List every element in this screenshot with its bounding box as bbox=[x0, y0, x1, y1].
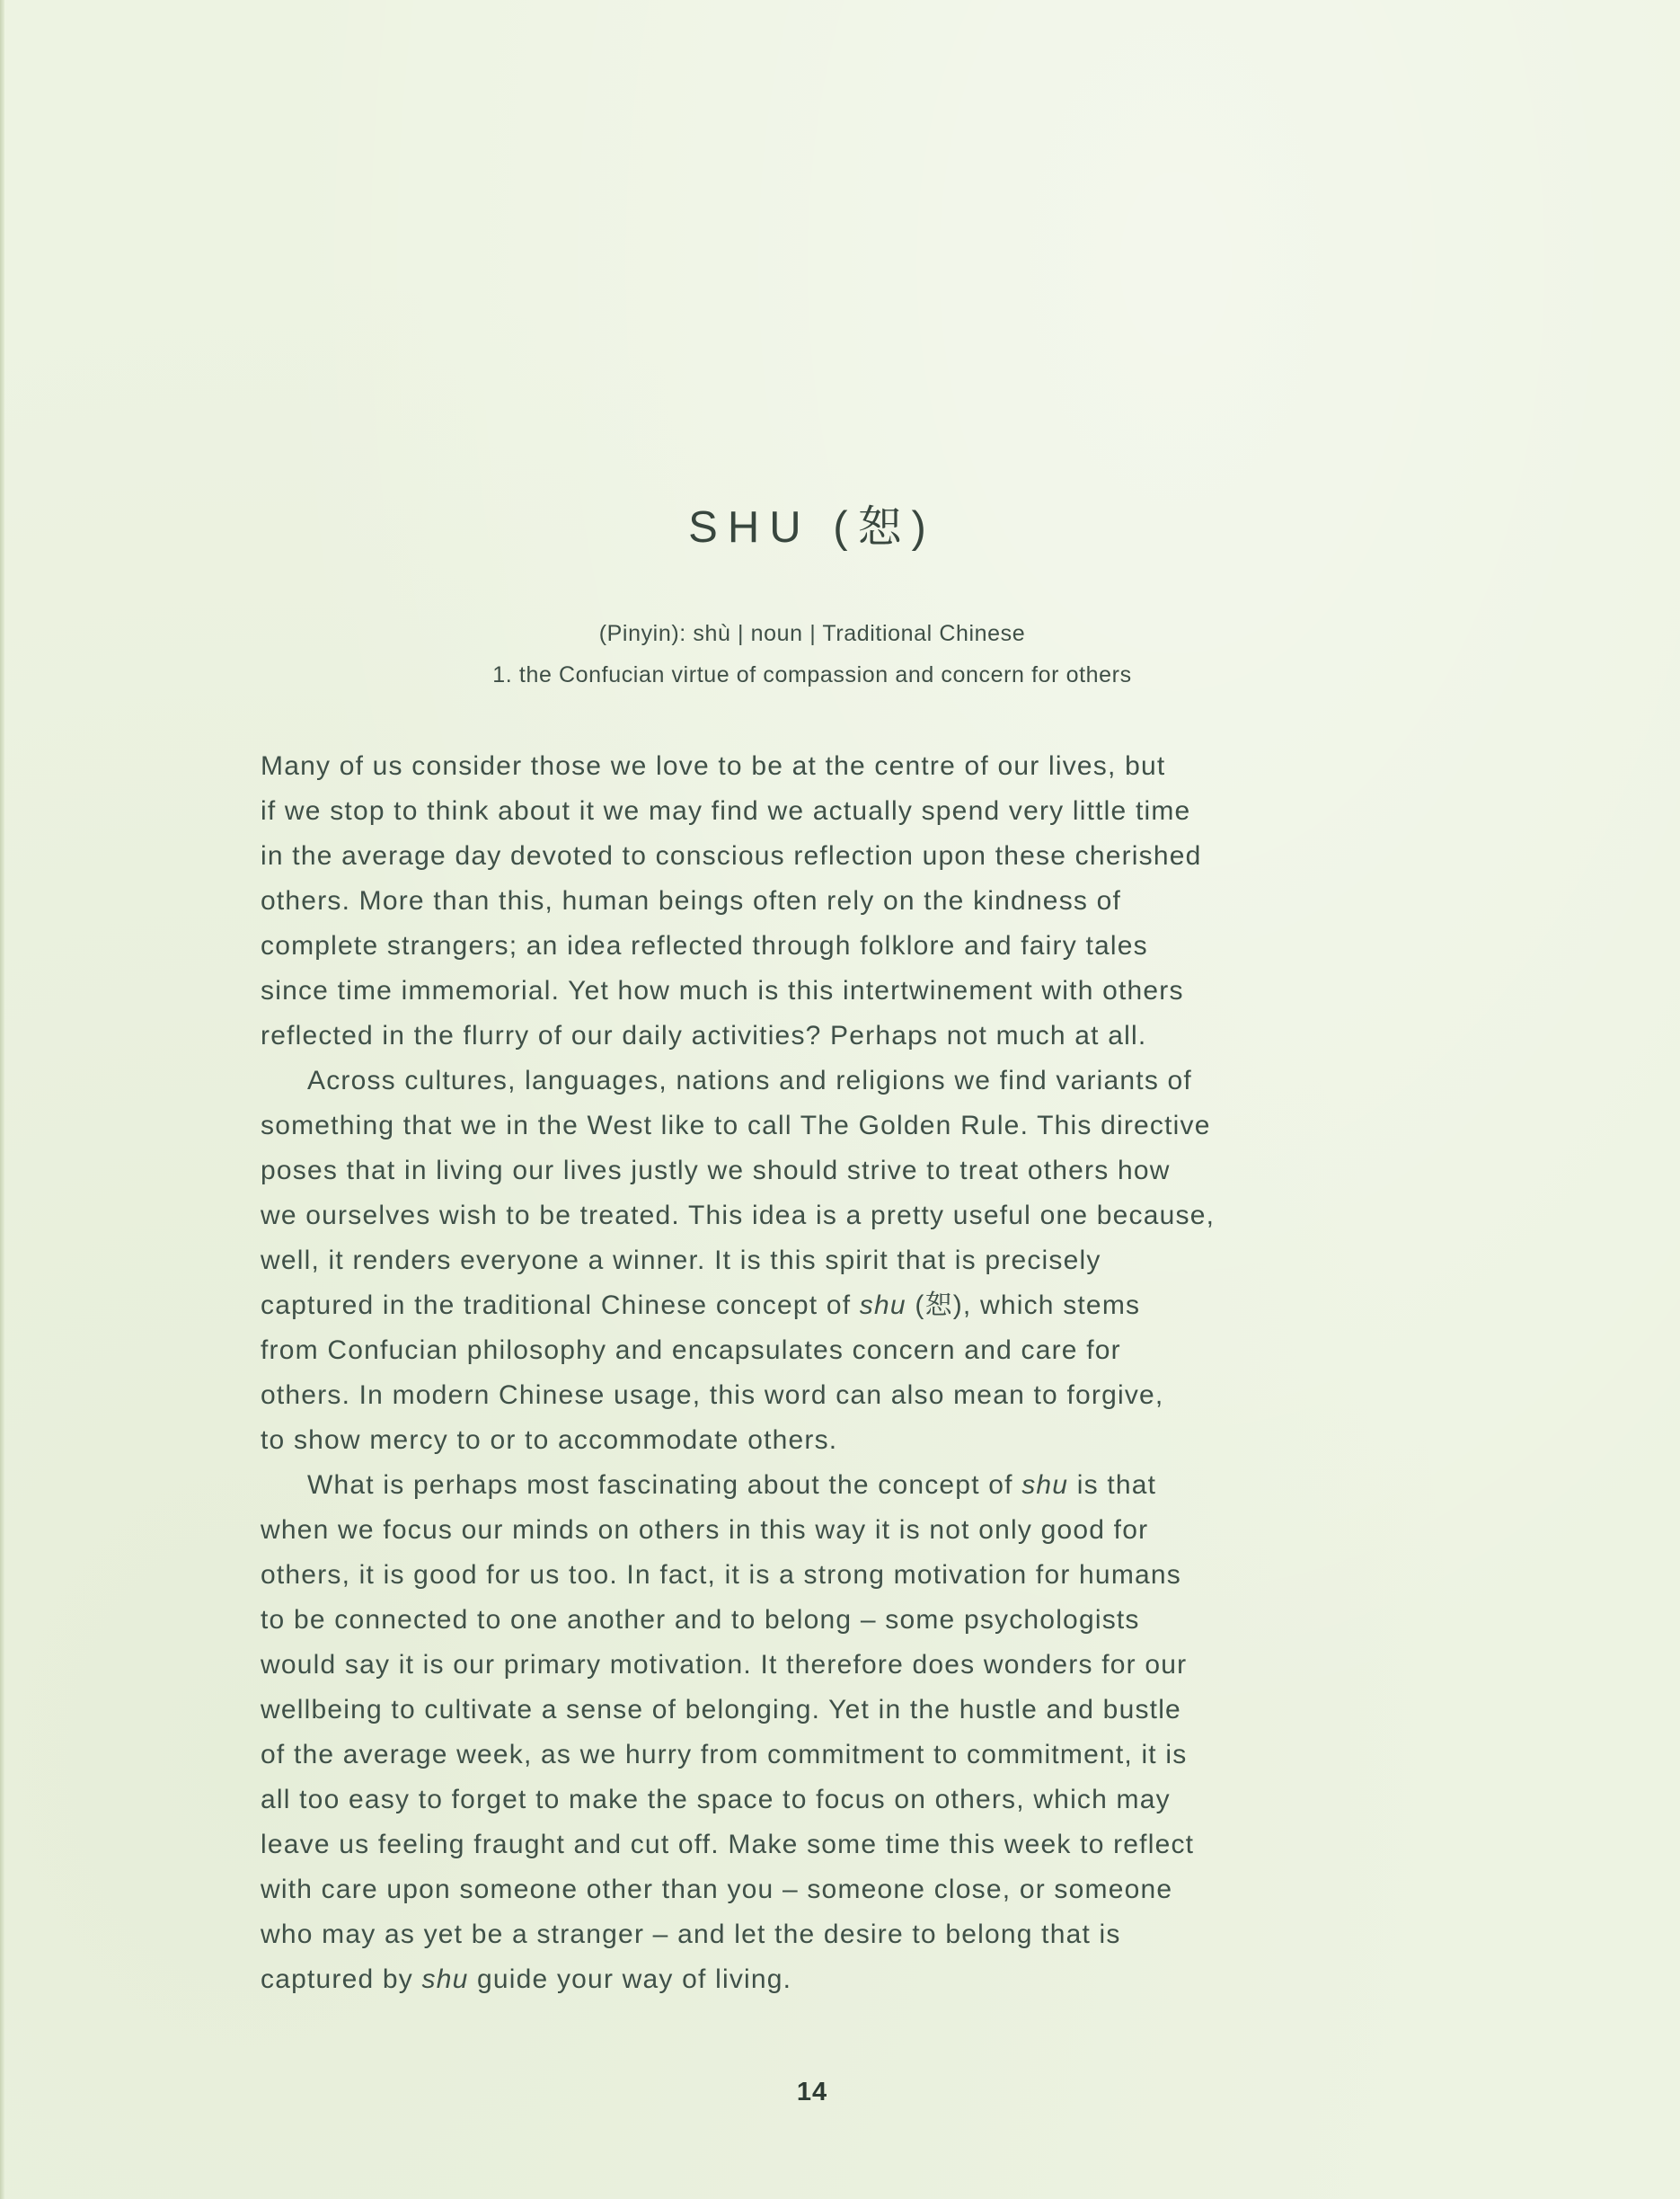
text-run: in the average day devoted to conscious … bbox=[261, 841, 1202, 871]
text-run: who may as yet be a stranger – and let t… bbox=[261, 1920, 1121, 1949]
text-run: leave us feeling fraught and cut off. Ma… bbox=[261, 1830, 1194, 1859]
text-line: others. In modern Chinese usage, this wo… bbox=[261, 1373, 1384, 1418]
text-line: something that we in the West like to ca… bbox=[261, 1104, 1384, 1148]
text-line: of the average week, as we hurry from co… bbox=[261, 1733, 1384, 1778]
text-run: since time immemorial. Yet how much is t… bbox=[261, 976, 1184, 1006]
text-line: What is perhaps most fascinating about t… bbox=[261, 1463, 1384, 1508]
text-run: is that bbox=[1068, 1470, 1156, 1500]
text-line: all too easy to forget to make the space… bbox=[261, 1778, 1384, 1822]
text-line: poses that in living our lives justly we… bbox=[261, 1148, 1384, 1193]
text-line: to show mercy to or to accommodate other… bbox=[261, 1418, 1384, 1463]
paragraph: What is perhaps most fascinating about t… bbox=[261, 1463, 1384, 2002]
text-run: What is perhaps most fascinating about t… bbox=[307, 1470, 1021, 1500]
text-line: Across cultures, languages, nations and … bbox=[261, 1059, 1384, 1104]
paragraph: Many of us consider those we love to be … bbox=[261, 744, 1384, 1059]
text-line: in the average day devoted to conscious … bbox=[261, 834, 1384, 879]
text-line: would say it is our primary motivation. … bbox=[261, 1643, 1384, 1688]
text-run: Across cultures, languages, nations and … bbox=[307, 1066, 1192, 1095]
text-run: captured by bbox=[261, 1964, 422, 1994]
text-run: guide your way of living. bbox=[469, 1964, 792, 1994]
text-run: others, it is good for us too. In fact, … bbox=[261, 1560, 1181, 1590]
text-run: from Confucian philosophy and encapsulat… bbox=[261, 1335, 1121, 1365]
text-run: (恕), which stems bbox=[906, 1290, 1140, 1320]
text-line: to be connected to one another and to be… bbox=[261, 1598, 1384, 1643]
paragraph: Across cultures, languages, nations and … bbox=[261, 1059, 1384, 1463]
text-run: wellbeing to cultivate a sense of belong… bbox=[261, 1695, 1181, 1725]
text-line: reflected in the flurry of our daily act… bbox=[261, 1014, 1384, 1059]
definition-pronunciation: (Pinyin): shù | noun | Traditional Chine… bbox=[259, 613, 1366, 654]
italic-term: shu bbox=[422, 1964, 469, 1994]
text-line: if we stop to think about it we may find… bbox=[261, 789, 1384, 834]
text-line: Many of us consider those we love to be … bbox=[261, 744, 1384, 789]
definition-sense: 1. the Confucian virtue of compassion an… bbox=[259, 654, 1366, 696]
text-run: others. More than this, human beings oft… bbox=[261, 886, 1121, 916]
text-run: we ourselves wish to be treated. This id… bbox=[261, 1201, 1215, 1230]
text-run: Many of us consider those we love to be … bbox=[261, 751, 1165, 781]
text-run: to show mercy to or to accommodate other… bbox=[261, 1425, 837, 1455]
text-run: when we focus our minds on others in thi… bbox=[261, 1515, 1148, 1545]
text-line: with care upon someone other than you – … bbox=[261, 1867, 1384, 1912]
body-text: Many of us consider those we love to be … bbox=[261, 744, 1384, 2002]
italic-term: shu bbox=[860, 1290, 906, 1320]
text-run: reflected in the flurry of our daily act… bbox=[261, 1021, 1146, 1051]
text-line: others, it is good for us too. In fact, … bbox=[261, 1553, 1384, 1598]
text-run: if we stop to think about it we may find… bbox=[261, 796, 1190, 826]
text-run: something that we in the West like to ca… bbox=[261, 1111, 1211, 1140]
page-number: 14 bbox=[259, 2078, 1366, 2107]
text-run: poses that in living our lives justly we… bbox=[261, 1156, 1171, 1185]
text-line: from Confucian philosophy and encapsulat… bbox=[261, 1328, 1384, 1373]
text-line: since time immemorial. Yet how much is t… bbox=[261, 969, 1384, 1014]
book-page: SHU (恕) (Pinyin): shù | noun | Tradition… bbox=[0, 0, 1680, 2199]
text-run: would say it is our primary motivation. … bbox=[261, 1650, 1187, 1680]
chapter-header: SHU (恕) bbox=[259, 492, 1366, 555]
text-line: who may as yet be a stranger – and let t… bbox=[261, 1912, 1384, 1957]
definition-block: (Pinyin): shù | noun | Traditional Chine… bbox=[259, 613, 1366, 696]
text-run: others. In modern Chinese usage, this wo… bbox=[261, 1380, 1163, 1410]
text-line: captured in the traditional Chinese conc… bbox=[261, 1283, 1384, 1328]
text-line: others. More than this, human beings oft… bbox=[261, 879, 1384, 924]
text-line: when we focus our minds on others in thi… bbox=[261, 1508, 1384, 1553]
text-run: complete strangers; an idea reflected th… bbox=[261, 931, 1148, 961]
text-run: of the average week, as we hurry from co… bbox=[261, 1740, 1187, 1769]
italic-term: shu bbox=[1021, 1470, 1068, 1500]
text-line: complete strangers; an idea reflected th… bbox=[261, 924, 1384, 969]
text-run: all too easy to forget to make the space… bbox=[261, 1785, 1171, 1814]
page-title: SHU (恕) bbox=[259, 492, 1366, 555]
text-run: well, it renders everyone a winner. It i… bbox=[261, 1246, 1101, 1275]
text-line: leave us feeling fraught and cut off. Ma… bbox=[261, 1822, 1384, 1867]
text-line: well, it renders everyone a winner. It i… bbox=[261, 1238, 1384, 1283]
scan-edge-shadow bbox=[0, 0, 4, 2199]
text-line: captured by shu guide your way of living… bbox=[261, 1957, 1384, 2002]
text-run: with care upon someone other than you – … bbox=[261, 1875, 1172, 1904]
text-run: to be connected to one another and to be… bbox=[261, 1605, 1140, 1635]
text-line: wellbeing to cultivate a sense of belong… bbox=[261, 1688, 1384, 1733]
text-line: we ourselves wish to be treated. This id… bbox=[261, 1193, 1384, 1238]
text-run: captured in the traditional Chinese conc… bbox=[261, 1290, 860, 1320]
